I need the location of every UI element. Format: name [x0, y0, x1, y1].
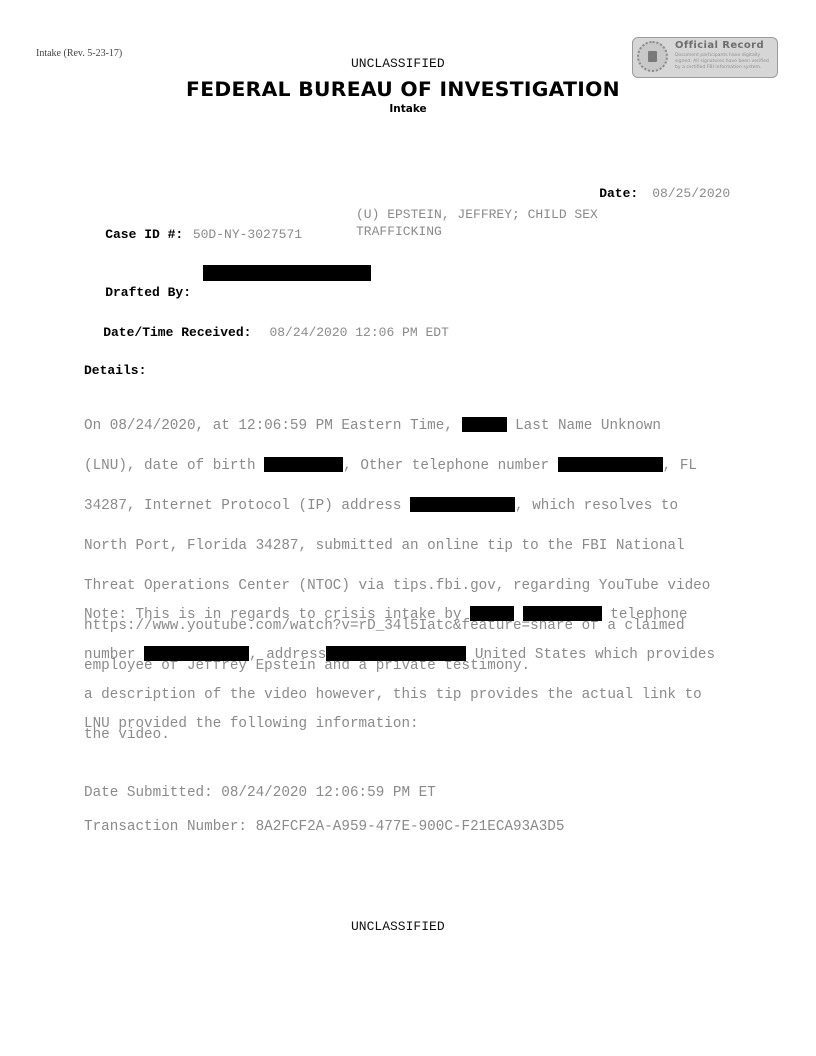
case-id-row: Case ID #: 50D-NY-3027571 — [86, 207, 302, 243]
transaction-number: Transaction Number: 8A2FCF2A-A959-477E-9… — [84, 817, 564, 837]
date-row: Date:08/25/2020 — [580, 166, 730, 202]
p1-line-4: North Port, Florida 34287, submitted an … — [84, 536, 710, 556]
p2-line-2: number , address United States which pro… — [84, 645, 715, 665]
drafted-by-redaction — [203, 265, 371, 281]
date-submitted: Date Submitted: 08/24/2020 12:06:59 PM E… — [84, 783, 436, 803]
date-label: Date: — [599, 186, 638, 201]
dob-redaction — [264, 457, 343, 472]
stamp-text: Document participants have digitally sig… — [675, 53, 775, 71]
details-paragraph-3: LNU provided the following information: — [84, 714, 419, 734]
fbi-seal-icon — [637, 41, 668, 72]
classification-top: UNCLASSIFIED — [351, 56, 445, 71]
received-row: Date/Time Received:08/24/2020 12:06 PM E… — [84, 305, 449, 341]
stamp-title: Official Record — [675, 40, 764, 51]
agency-title: FEDERAL BUREAU OF INVESTIGATION — [0, 78, 816, 101]
drafted-by-label: Drafted By: — [105, 285, 191, 300]
last-name-redaction — [523, 606, 602, 621]
address-redaction — [326, 646, 466, 661]
case-id-value: 50D-NY-3027571 — [193, 227, 302, 242]
p1-line-1: On 08/24/2020, at 12:06:59 PM Eastern Ti… — [84, 416, 710, 436]
telephone-redaction — [144, 646, 249, 661]
p2-line-1: Note: This is in regards to crisis intak… — [84, 605, 715, 625]
phone-redaction — [558, 457, 663, 472]
p2-line-3: a description of the video however, this… — [84, 685, 715, 705]
official-record-stamp: Official Record Document participants ha… — [632, 37, 778, 78]
classification-bottom: UNCLASSIFIED — [351, 919, 445, 934]
details-paragraph-2: Note: This is in regards to crisis intak… — [84, 585, 715, 765]
case-title-line-1: (U) EPSTEIN, JEFFREY; CHILD SEX — [356, 207, 598, 222]
received-label: Date/Time Received: — [103, 325, 251, 340]
name-redaction — [462, 417, 507, 432]
form-revision: Intake (Rev. 5-23-17) — [36, 48, 122, 59]
details-label: Details: — [84, 363, 146, 378]
received-value: 08/24/2020 12:06 PM EDT — [269, 325, 448, 340]
ip-redaction — [410, 497, 515, 512]
date-value: 08/25/2020 — [652, 186, 730, 201]
case-title-line-2: TRAFFICKING — [356, 224, 442, 239]
form-title: Intake — [0, 103, 816, 115]
p1-line-3: 34287, Internet Protocol (IP) address , … — [84, 496, 710, 516]
case-id-label: Case ID #: — [105, 227, 183, 242]
p1-line-2: (LNU), date of birth , Other telephone n… — [84, 456, 710, 476]
first-name-redaction — [470, 606, 514, 621]
drafted-by-row: Drafted By: — [86, 265, 191, 301]
